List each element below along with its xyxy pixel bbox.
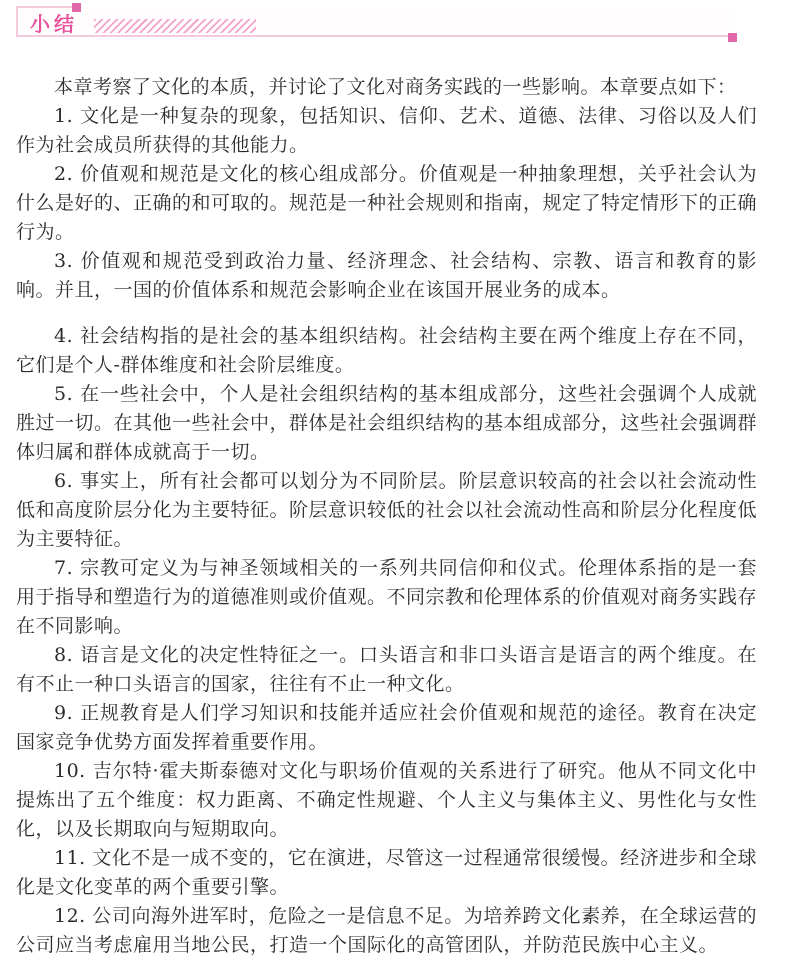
point-4: 4. 社会结构指的是社会的基本组织结构。社会结构主要在两个维度上存在不同，它们是… xyxy=(16,322,757,380)
point-7: 7. 宗教可定义为与神圣领域相关的一系列共同信仰和仪式。伦理体系指的是一套用于指… xyxy=(16,554,757,641)
point-12: 12. 公司向海外进军时，危险之一是信息不足。为培养跨文化素养，在全球运营的公司… xyxy=(16,902,757,960)
point-8: 8. 语言是文化的决定性特征之一。口头语言和非口头语言是语言的两个维度。在有不止… xyxy=(16,641,757,699)
point-1: 1. 文化是一种复杂的现象，包括知识、信仰、艺术、道德、法律、习俗以及人们作为社… xyxy=(16,102,757,160)
header-square-bottom-icon xyxy=(728,33,737,42)
point-9: 9. 正规教育是人们学习知识和技能并适应社会价值观和规范的途径。教育在决定国家竞… xyxy=(16,699,757,757)
point-6: 6. 事实上，所有社会都可以划分为不同阶层。阶层意识较高的社会以社会流动性低和高… xyxy=(16,467,757,554)
point-3: 3. 价值观和规范受到政治力量、经济理念、社会结构、宗教、语言和教育的影响。并且… xyxy=(16,247,757,305)
point-5: 5. 在一些社会中，个人是社会组织结构的基本组成部分，这些社会强调个人成就胜过一… xyxy=(16,380,757,467)
summary-body: 本章考察了文化的本质，并讨论了文化对商务实践的一些影响。本章要点如下： 1. 文… xyxy=(16,73,757,960)
diagonal-stripes-icon xyxy=(94,19,256,33)
header-square-top-icon xyxy=(72,3,81,12)
point-11: 11. 文化不是一成不变的，它在演进，尽管这一过程通常很缓慢。经济进步和全球化是… xyxy=(16,844,757,902)
point-10: 10. 吉尔特·霍夫斯泰德对文化与职场价值观的关系进行了研究。他从不同文化中提炼… xyxy=(16,757,757,844)
summary-header: 小结 xyxy=(0,0,785,44)
intro-paragraph: 本章考察了文化的本质，并讨论了文化对商务实践的一些影响。本章要点如下： xyxy=(16,73,757,102)
header-top-line xyxy=(16,6,76,8)
section-title: 小结 xyxy=(30,14,78,35)
page: 小结 本章考察了文化的本质，并讨论了文化对商务实践的一些影响。本章要点如下： 1… xyxy=(0,0,785,977)
point-2: 2. 价值观和规范是文化的核心组成部分。价值观是一种抽象理想，关乎社会认为什么是… xyxy=(16,160,757,247)
